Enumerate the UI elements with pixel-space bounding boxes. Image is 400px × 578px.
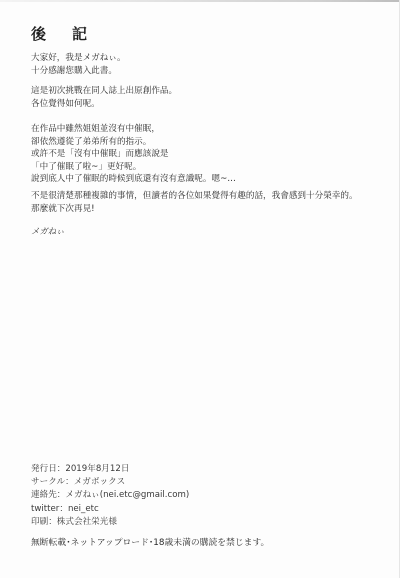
page-title: 後記 [31, 23, 87, 44]
text-line: 十分感謝您購入此書。 [31, 65, 126, 78]
text-line: 各位覺得如何呢。 [31, 98, 177, 111]
scan-top-edge [0, 0, 400, 2]
text-line: 不是很清楚那種複雜的事情，但讀者的各位如果覺得有趣的話，我會感到十分榮幸的。 [31, 190, 358, 203]
copyright-notice: 無断転載･ネットアップロード･18歳未満の購読を禁じます。 [31, 537, 269, 549]
title-char-2: 記 [72, 25, 87, 43]
colophon-date: 発行日：2019年8月12日 [31, 463, 189, 476]
title-char-1: 後 [31, 25, 46, 43]
author-signature: メガねぃ [31, 225, 65, 237]
text-line: 說到底人中了催眠的時候到底還有沒有意識呢。嗯~… [31, 173, 236, 186]
text-line: 或許不是「沒有中催眠」而應該說是 [31, 148, 236, 161]
paragraph-greeting: 大家好，我是メガねぃ。 十分感謝您購入此書。 [31, 52, 126, 77]
colophon: 発行日：2019年8月12日 サークル：メガボックス 連絡先：メガねぃ(nei.… [31, 463, 189, 529]
paragraph-hypnosis: 在作品中雖然姐姐並沒有中催眠， 卻依然遵從了弟弟所有的指示。 或許不是「沒有中催… [31, 123, 236, 186]
text-line: 這是初次挑戰在同人誌上出原創作品。 [31, 85, 177, 98]
colophon-circle: サークル：メガボックス [31, 476, 189, 489]
paragraph-first-original: 這是初次挑戰在同人誌上出原創作品。 各位覺得如何呢。 [31, 85, 177, 110]
text-line: 卻依然遵從了弟弟所有的指示。 [31, 136, 236, 149]
colophon-twitter: twitter：nei_etc [31, 503, 189, 516]
text-line: 那麼就下次再見! [31, 203, 358, 216]
text-line: 「中了催眠了啦~」更好呢。 [31, 161, 236, 174]
paragraph-closing: 不是很清楚那種複雜的事情，但讀者的各位如果覺得有趣的話，我會感到十分榮幸的。 那… [31, 190, 358, 215]
colophon-contact: 連絡先：メガねぃ(nei.etc@gmail.com) [31, 489, 189, 502]
text-line: 大家好，我是メガねぃ。 [31, 52, 126, 65]
colophon-printer: 印刷：株式会社栄光様 [31, 516, 189, 529]
text-line: 在作品中雖然姐姐並沒有中催眠， [31, 123, 236, 136]
